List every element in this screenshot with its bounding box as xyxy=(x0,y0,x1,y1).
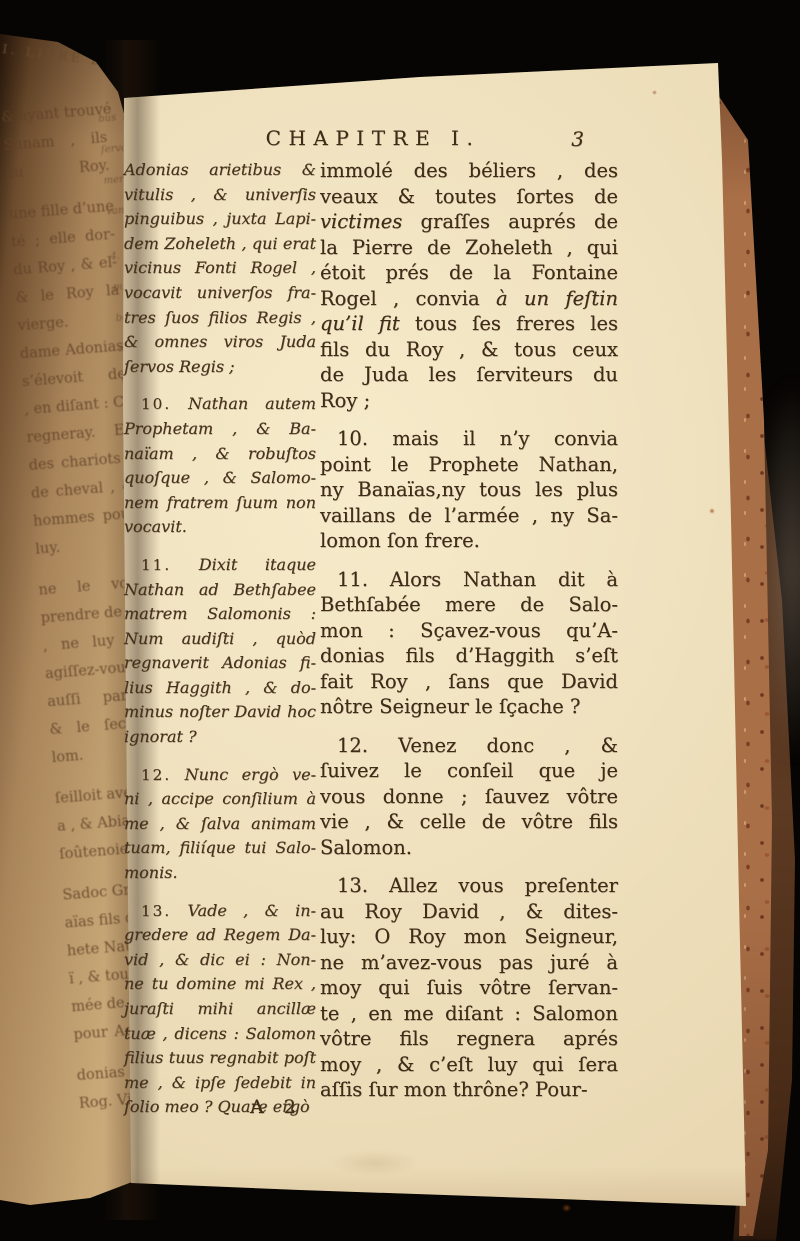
text-line: Bethſabée mere de Salo- xyxy=(320,592,618,618)
text-line: ſuivez le conſeil que je xyxy=(320,758,618,784)
verse: immolé des béliers , desveaux & toutes ſ… xyxy=(320,158,618,413)
page-header: CHAPITRE I. 3 xyxy=(124,126,622,154)
text-line: ignorat ? xyxy=(124,725,316,750)
verse: 10. mais il n’y conviapoint le Prophete … xyxy=(320,426,618,554)
text-line: la Pierre de Zoheleth , qui xyxy=(320,235,618,261)
text-line: Nathan ad Bethſabee xyxy=(124,578,316,603)
text-line: minus noſter David hoc xyxy=(124,700,316,725)
text-line: me , & ſalva animam xyxy=(124,812,316,837)
text-line: vocavit univerſos fra- xyxy=(124,281,316,306)
text-line: vitulis , & univerſis xyxy=(124,183,316,208)
text-line: nem fratrem ſuum non xyxy=(124,491,316,516)
text-line: quoſque , & Salomo- xyxy=(124,466,316,491)
text-line: regnaverit Adonias fi- xyxy=(124,651,316,676)
text-line: dem Zoheleth , qui erat xyxy=(124,232,316,257)
text-line: 13. Vade , & in- xyxy=(124,899,316,924)
verse: 13. Allez vous preſenterau Roy David , &… xyxy=(320,873,618,1103)
text-line: de Juda les ſerviteurs du xyxy=(320,362,618,388)
french-column: immolé des béliers , desveaux & toutes ſ… xyxy=(320,158,618,1116)
text-line: fils du Roy , & tous ceux xyxy=(320,337,618,363)
text-line: & omnes viros Juda xyxy=(124,330,316,355)
text-line: moy , & c’eſt luy qui ſera xyxy=(320,1052,618,1078)
verse: 13. Vade , & in-gredere ad Regem Da-vid … xyxy=(124,899,316,1120)
text-line: 11. Dixit itaque xyxy=(124,553,316,578)
paper-freckle xyxy=(652,90,657,95)
verse: 10. Nathan autemProphetam , & Ba-naïam ,… xyxy=(124,392,316,540)
text-line: vaillans de l’armée , ny Sa- xyxy=(320,503,618,529)
text-line: me , & ipſe ſedebit in xyxy=(124,1071,316,1096)
text-line: Roy ; xyxy=(320,388,618,414)
verse: 12. Nunc ergò ve-ni , accipe conſilium à… xyxy=(124,763,316,886)
text-line: Prophetam , & Ba- xyxy=(124,417,316,442)
text-line: filius tuus regnabit poſt xyxy=(124,1046,316,1071)
text-line: ne tu domine mi Rex , xyxy=(124,972,316,997)
text-line: donias fils d’Haggith s’eſt xyxy=(320,643,618,669)
text-line: ſervos Regis ; xyxy=(124,355,316,380)
text-line: Adonias arietibus & xyxy=(124,158,316,183)
text-line: luy: O Roy mon Seigneur, xyxy=(320,924,618,950)
text-line: naïam , & robuſtos xyxy=(124,442,316,467)
ink-spot xyxy=(562,1204,571,1212)
text-line: 12. Nunc ergò ve- xyxy=(124,763,316,788)
chapter-title: CHAPITRE I. xyxy=(124,126,622,150)
text-line: au Roy David , & dites- xyxy=(320,899,618,925)
text-line: vôtre fils regnera aprés xyxy=(320,1026,618,1052)
text-line: immolé des béliers , des xyxy=(320,158,618,184)
text-line: ne m’avez-vous pas juré à xyxy=(320,950,618,976)
text-line: lomon ſon frere. xyxy=(320,528,618,554)
text-line: vous donne ; ſauvez vôtre xyxy=(320,784,618,810)
verse: 11. Alors Nathan dit àBethſabée mere de … xyxy=(320,567,618,720)
text-line: vicinus Fonti Rogel , xyxy=(124,256,316,281)
page-number: 3 xyxy=(571,127,584,151)
text-line: vie , & celle de vôtre fils xyxy=(320,809,618,835)
latin-column: Adonias arietibus &vitulis , & univerſis… xyxy=(124,158,316,1133)
text-line: mon : Sçavez-vous qu’A- xyxy=(320,618,618,644)
text-line: vocavit. xyxy=(124,515,316,540)
right-page-print: CHAPITRE I. 3 Adonias arietibus &vitulis… xyxy=(0,0,800,1241)
text-line: point le Prophete Nathan, xyxy=(320,452,618,478)
text-line: Num audiſti , quòd xyxy=(124,627,316,652)
verse: Adonias arietibus &vitulis , & univerſis… xyxy=(124,158,316,379)
text-line: 13. Allez vous preſenter xyxy=(320,873,618,899)
paper-freckle xyxy=(709,508,715,514)
text-line: gredere ad Regem Da- xyxy=(124,923,316,948)
text-line: victimes graſſes auprés de xyxy=(320,209,618,235)
text-line: nôtre Seigneur le ſçache ? xyxy=(320,694,618,720)
text-line: monis. xyxy=(124,861,316,886)
text-line: 11. Alors Nathan dit à xyxy=(320,567,618,593)
text-line: Salomon. xyxy=(320,835,618,861)
text-line: tuæ , dicens : Salomon xyxy=(124,1022,316,1047)
text-line: te , en me diſant : Salomon xyxy=(320,1001,618,1027)
text-line: lius Haggith , & do- xyxy=(124,676,316,701)
text-line: ny Banaïas,ny tous les plus xyxy=(320,477,618,503)
verse: 11. Dixit itaqueNathan ad Bethſabeematre… xyxy=(124,553,316,750)
text-line: 10. Nathan autem xyxy=(124,392,316,417)
text-line: fait Roy , ſans que David xyxy=(320,669,618,695)
text-line: Rogel , convia à un feſtin xyxy=(320,286,618,312)
text-line: 12. Venez donc , & xyxy=(320,733,618,759)
text-line: tuam, filiíque tui Salo- xyxy=(124,836,316,861)
text-line: 10. mais il n’y convia xyxy=(320,426,618,452)
signature-mark: A 2 xyxy=(250,1096,303,1118)
text-line: aſſis ſur mon thrône? Pour- xyxy=(320,1077,618,1103)
text-line: étoit prés de la Fontaine xyxy=(320,260,618,286)
text-line: ni , accipe conſilium à xyxy=(124,787,316,812)
text-line: moy qui ſuis vôtre ſervan- xyxy=(320,975,618,1001)
text-line: qu’il fit tous ſes freres les xyxy=(320,311,618,337)
text-line: veaux & toutes ſortes de xyxy=(320,184,618,210)
text-line: matrem Salomonis : xyxy=(124,602,316,627)
verse: 12. Venez donc , &ſuivez le conſeil que … xyxy=(320,733,618,861)
paper-shading xyxy=(330,1150,420,1176)
text-line: pinguibus , juxta Lapi- xyxy=(124,207,316,232)
text-line: juraſti mihi ancillæ xyxy=(124,997,316,1022)
text-line: vid , & dic ei : Non- xyxy=(124,948,316,973)
text-line: tres ſuos filios Regis , xyxy=(124,306,316,331)
